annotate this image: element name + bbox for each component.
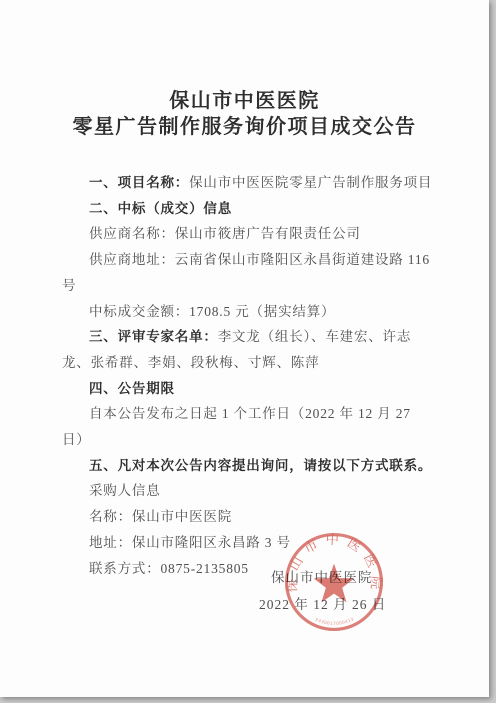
- title-line-1: 保山市中医医院: [0, 88, 489, 114]
- document-page: 保山市中医医院 零星广告制作服务询价项目成交公告 一、项目名称：保山市中医医院零…: [0, 0, 489, 697]
- para-purchaser-name: 名称：保山市中医医院: [62, 504, 434, 530]
- para-purchaser-info-title: 采购人信息: [62, 478, 434, 504]
- title-line-2: 零星广告制作服务询价项目成交公告: [0, 114, 489, 140]
- para-notice-period: 自本公告发布之日起 1 个工作日（2022 年 12 月 27 日）: [62, 401, 434, 452]
- para-expert-list: 三、评审专家名单：李文龙（组长）、车建宏、许志龙、张希群、李娟、段秋梅、寸辉、陈…: [62, 324, 434, 375]
- para-project-name: 一、项目名称：保山市中医医院零星广告制作服务项目: [62, 170, 434, 196]
- section-heading-contact: 五、凡对本次公告内容提出询问，请按以下方式联系。: [62, 453, 434, 479]
- seal-star-icon: [314, 564, 355, 603]
- section-heading-notice-period: 四、公告期限: [62, 376, 434, 402]
- svg-text:5330017000413: 5330017000413: [314, 616, 355, 627]
- para-award-amount: 中标成交金额：1708.5 元（据实结算）: [62, 299, 434, 325]
- document-body: 一、项目名称：保山市中医医院零星广告制作服务项目 二、中标（成交）信息 供应商名…: [62, 170, 434, 581]
- seal-code-text: 5330017000413: [314, 616, 355, 627]
- document-title: 保山市中医医院 零星广告制作服务询价项目成交公告: [0, 88, 489, 140]
- para-supplier-address: 供应商地址：云南省保山市隆阳区永昌街道建设路 116 号: [62, 247, 434, 298]
- official-seal: 保山市中医医院 5330017000413: [283, 531, 385, 633]
- para-supplier-name: 供应商名称：保山市筱唐广告有限责任公司: [62, 221, 434, 247]
- section-heading-bid-info: 二、中标（成交）信息: [62, 196, 434, 222]
